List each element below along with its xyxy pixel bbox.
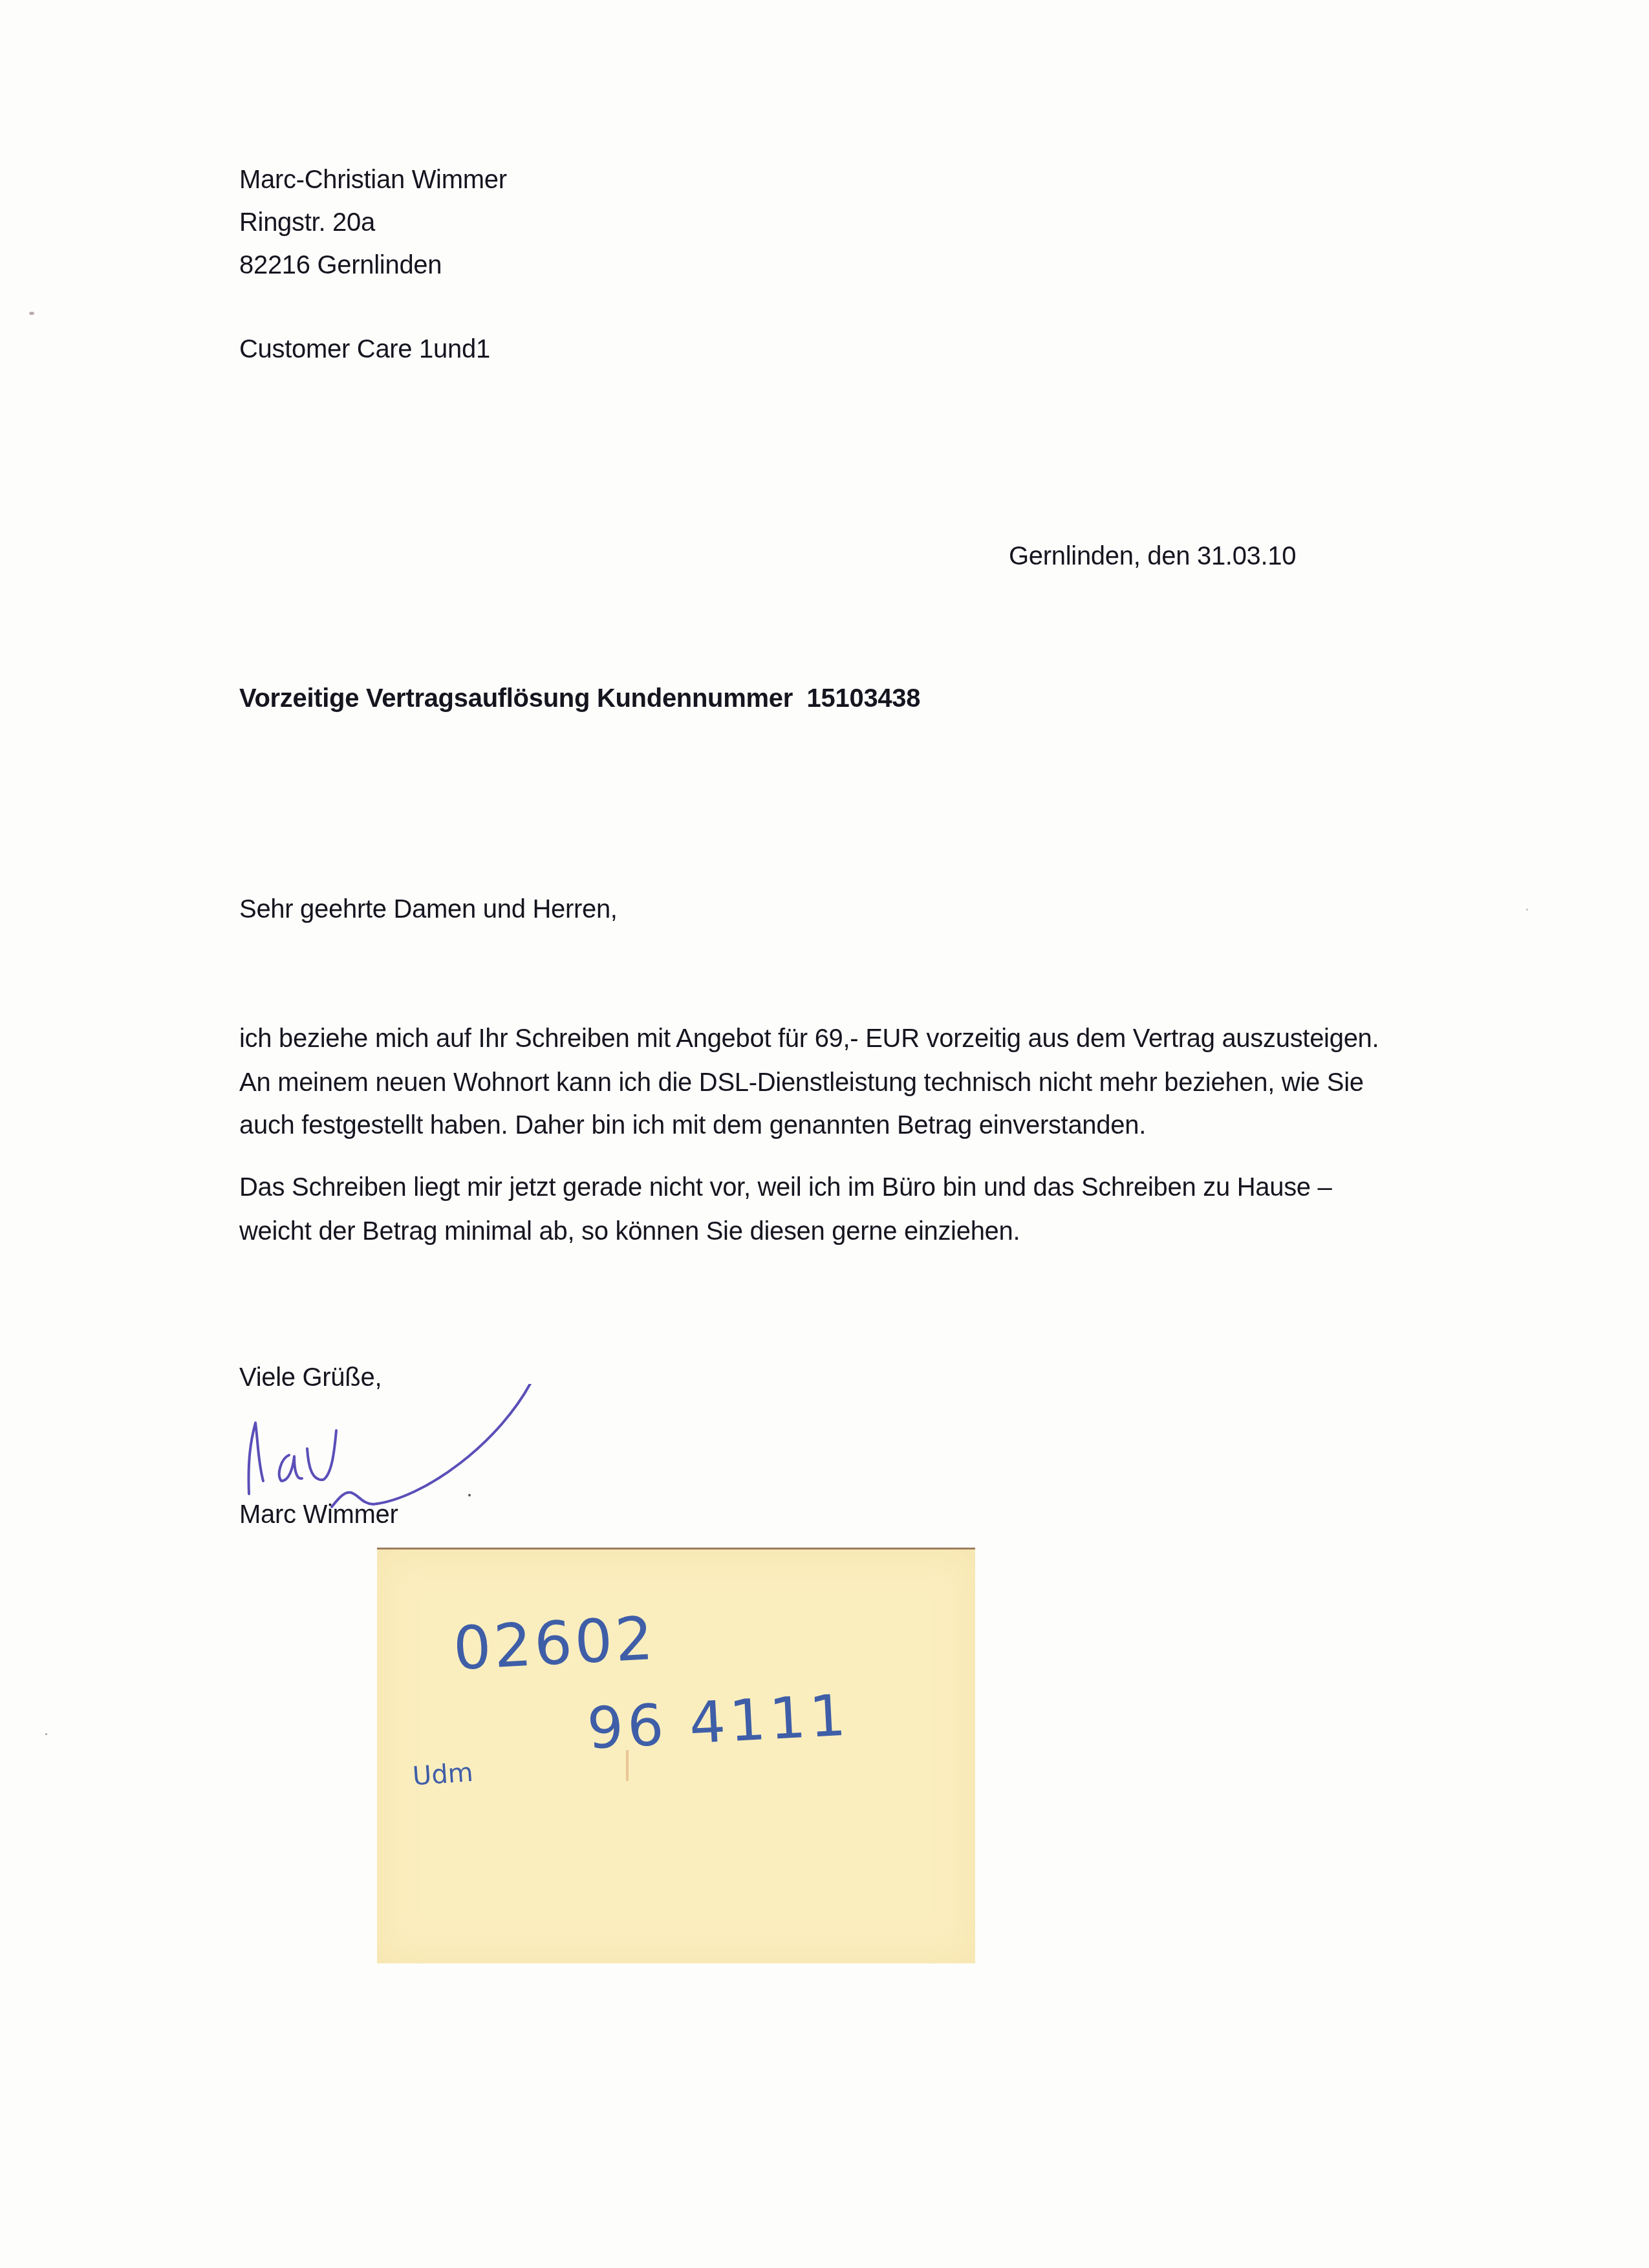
signature-name: Marc Wimmer: [239, 1499, 398, 1530]
body-line: An meinem neuen Wohnort kann ich die DSL…: [239, 1067, 1364, 1098]
sender-street: Ringstr. 20a: [239, 207, 375, 238]
handwritten-signature: [230, 1384, 566, 1513]
sticky-note: 02602 96 4111 Udm: [377, 1548, 975, 1963]
date-line: Gernlinden, den 31.03.10: [1009, 541, 1296, 572]
sticky-note-line1: 02602: [451, 1604, 657, 1683]
body-line: ich beziehe mich auf Ihr Schreiben mit A…: [239, 1023, 1379, 1054]
sender-city: 82216 Gernlinden: [239, 250, 442, 281]
letter-page: Marc-Christian Wimmer Ringstr. 20a 82216…: [0, 0, 1649, 2268]
scan-speck: [468, 1494, 471, 1496]
sender-name: Marc-Christian Wimmer: [239, 164, 507, 195]
scan-speck: [1526, 909, 1528, 911]
scan-speck: [45, 1733, 47, 1735]
subject-line: Vorzeitige Vertragsauflösung Kundennumme…: [239, 683, 920, 714]
body-line: auch festgestellt haben. Daher bin ich m…: [239, 1110, 1146, 1141]
scan-speck: [29, 312, 34, 315]
sticky-note-stain: [626, 1750, 629, 1781]
salutation: Sehr geehrte Damen und Herren,: [239, 894, 618, 925]
body-line: weicht der Betrag minimal ab, so können …: [239, 1216, 1020, 1247]
body-line: Das Schreiben liegt mir jetzt gerade nic…: [239, 1172, 1332, 1203]
recipient: Customer Care 1und1: [239, 334, 490, 365]
sticky-note-scribble: Udm: [412, 1758, 475, 1791]
